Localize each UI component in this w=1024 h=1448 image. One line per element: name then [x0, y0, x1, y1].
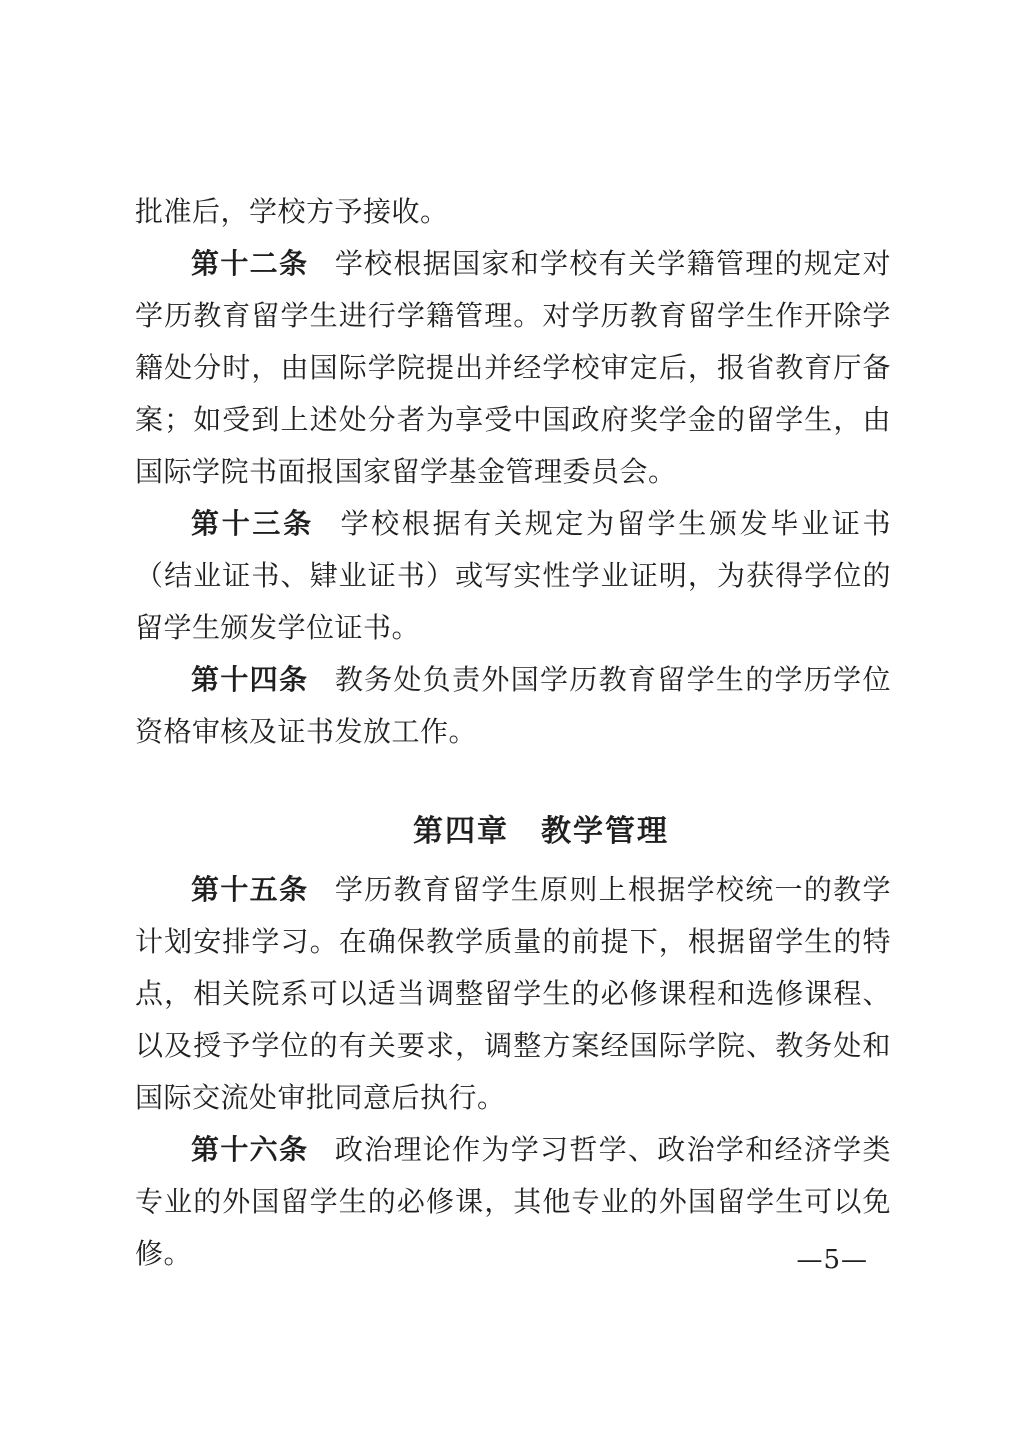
article-16: 第十六条政治理论作为学习哲学、政治学和经济学类专业的外国留学生的必修课，其他专业… [135, 1124, 891, 1280]
article-12: 第十二条学校根据国家和学校有关学籍管理的规定对学历教育留学生进行学籍管理。对学历… [135, 238, 891, 498]
article-15-label: 第十五条 [191, 873, 308, 906]
document-page: 批准后，学校方予接收。 第十二条学校根据国家和学校有关学籍管理的规定对学历教育留… [0, 0, 1024, 1448]
article-15-text: 学历教育留学生原则上根据学校统一的教学计划安排学习。在确保教学质量的前提下，根据… [135, 873, 891, 1114]
article-14-label: 第十四条 [191, 663, 308, 696]
chapter-heading: 第四章 教学管理 [163, 806, 919, 858]
article-14: 第十四条教务处负责外国学历教育留学生的学历学位资格审核及证书发放工作。 [135, 654, 891, 758]
article-12-label: 第十二条 [191, 247, 308, 280]
article-12-text: 学校根据国家和学校有关学籍管理的规定对学历教育留学生进行学籍管理。对学历教育留学… [135, 247, 891, 488]
article-13-label: 第十三条 [191, 507, 314, 540]
document-body: 批准后，学校方予接收。 第十二条学校根据国家和学校有关学籍管理的规定对学历教育留… [135, 186, 891, 1280]
paragraph-continuation: 批准后，学校方予接收。 [135, 186, 891, 238]
article-16-label: 第十六条 [191, 1133, 308, 1166]
article-15: 第十五条学历教育留学生原则上根据学校统一的教学计划安排学习。在确保教学质量的前提… [135, 864, 891, 1124]
article-13: 第十三条学校根据有关规定为留学生颁发毕业证书（结业证书、肄业证书）或写实性学业证… [135, 498, 891, 654]
page-number: —5— [796, 1244, 868, 1276]
